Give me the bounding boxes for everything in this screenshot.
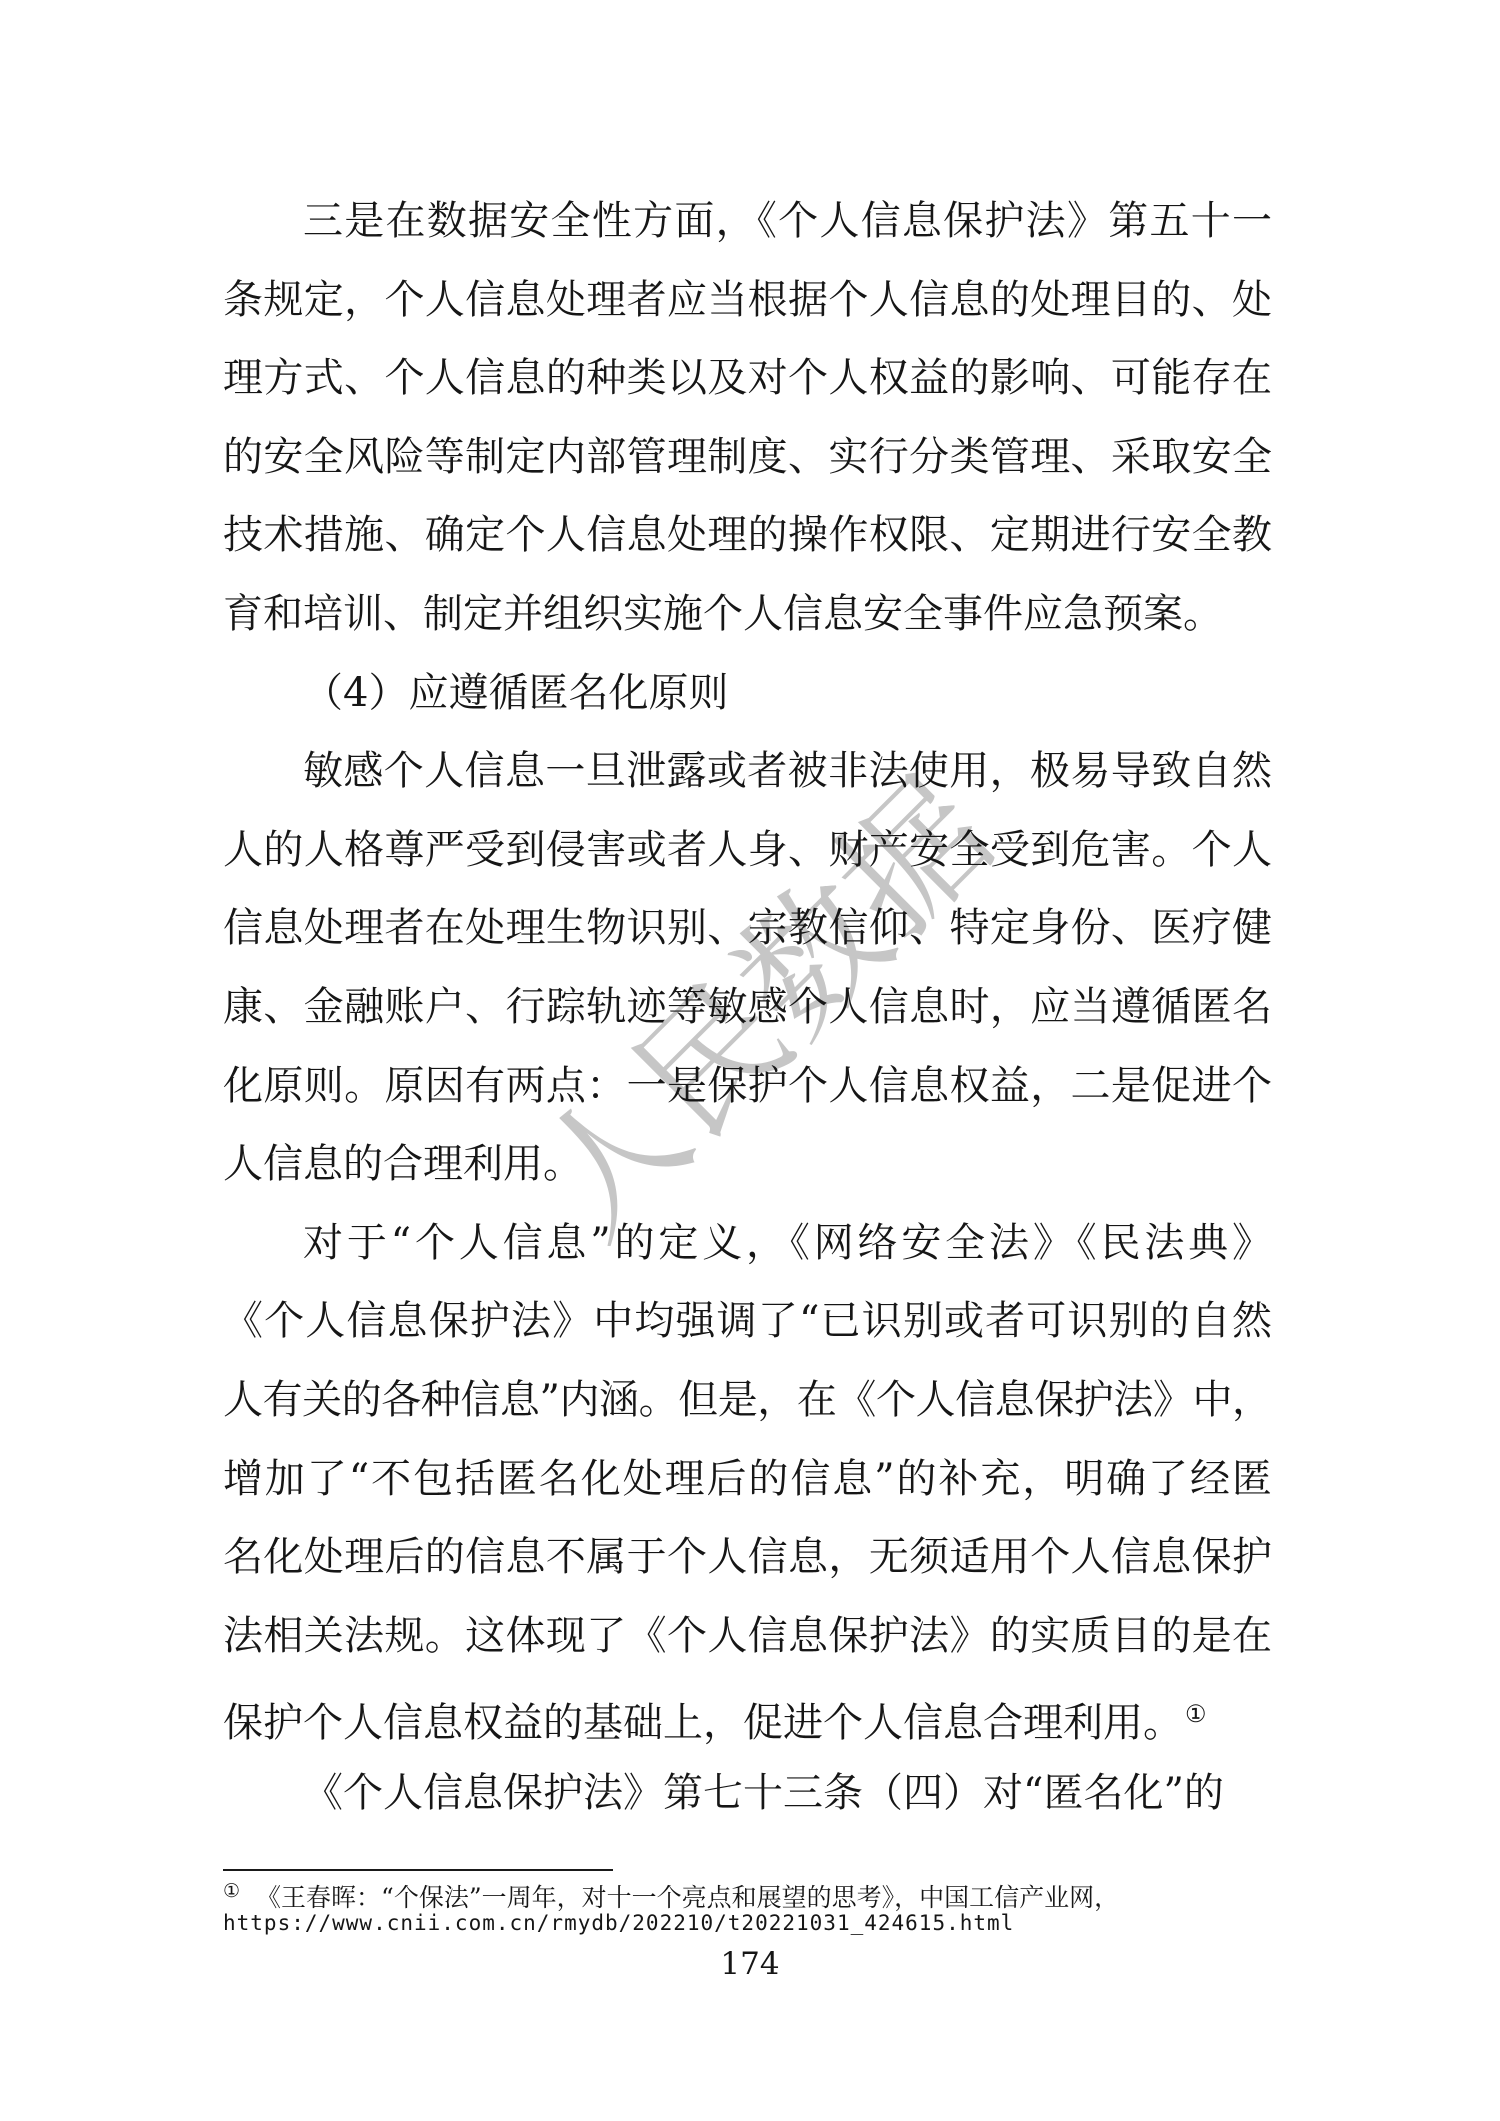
paragraph: 三是在数据安全性方面，《个人信息保护法》第五十一条规定，个人信息处理者应当根据个…	[223, 182, 1272, 654]
body-line: 人的人格尊严受到侵害或者人身、财产安全受到危害。个人	[223, 811, 1272, 890]
body-line: 对于“个人信息”的定义，《网络安全法》《民法典》	[223, 1204, 1272, 1283]
body-text: 三是在数据安全性方面，《个人信息保护法》第五十一条规定，个人信息处理者应当根据个…	[223, 182, 1272, 1832]
body-line: 保护个人信息权益的基础上，促进个人信息合理利用。①	[223, 1675, 1272, 1754]
footnote-divider	[223, 1869, 613, 1871]
body-line: 《个人信息保护法》中均强调了“已识别或者可识别的自然	[223, 1282, 1272, 1361]
body-line: （4）应遵循匿名化原则	[223, 654, 1272, 733]
footnote-marker: ①	[223, 1880, 240, 1902]
body-line: 敏感个人信息一旦泄露或者被非法使用，极易导致自然	[223, 732, 1272, 811]
body-line: 人信息的合理利用。	[223, 1125, 1272, 1204]
body-line: 化原则。原因有两点：一是保护个人信息权益，二是促进个	[223, 1047, 1272, 1126]
footnote-url: https://www.cnii.com.cn/rmydb/202210/t20…	[223, 1908, 1014, 1938]
document-page: 人民数据 三是在数据安全性方面，《个人信息保护法》第五十一条规定，个人信息处理者…	[0, 0, 1500, 2121]
body-line: 人有关的各种信息”内涵。但是，在《个人信息保护法》中，	[223, 1361, 1272, 1440]
body-line: 技术措施、确定个人信息处理的操作权限、定期进行安全教	[223, 496, 1272, 575]
paragraph: （4）应遵循匿名化原则	[223, 654, 1272, 733]
body-line: 《个人信息保护法》第七十三条（四）对“匿名化”的	[223, 1754, 1272, 1833]
body-line: 法相关法规。这体现了《个人信息保护法》的实质目的是在	[223, 1597, 1272, 1676]
paragraph: 《个人信息保护法》第七十三条（四）对“匿名化”的	[223, 1754, 1272, 1833]
paragraph: 对于“个人信息”的定义，《网络安全法》《民法典》《个人信息保护法》中均强调了“已…	[223, 1204, 1272, 1754]
paragraph: 敏感个人信息一旦泄露或者被非法使用，极易导致自然人的人格尊严受到侵害或者人身、财…	[223, 732, 1272, 1204]
body-line: 信息处理者在处理生物识别、宗教信仰、特定身份、医疗健	[223, 889, 1272, 968]
body-line: 名化处理后的信息不属于个人信息，无须适用个人信息保护	[223, 1518, 1272, 1597]
body-line: 理方式、个人信息的种类以及对个人权益的影响、可能存在	[223, 339, 1272, 418]
body-line: 条规定，个人信息处理者应当根据个人信息的处理目的、处	[223, 261, 1272, 340]
body-line: 育和培训、制定并组织实施个人信息安全事件应急预案。	[223, 575, 1272, 654]
body-line: 的安全风险等制定内部管理制度、实行分类管理、采取安全	[223, 418, 1272, 497]
body-line: 康、金融账户、行踪轨迹等敏感个人信息时，应当遵循匿名	[223, 968, 1272, 1047]
superscript-footnote-ref: ①	[1185, 1700, 1207, 1728]
page-number: 174	[0, 1946, 1500, 1982]
body-line: 三是在数据安全性方面，《个人信息保护法》第五十一	[223, 182, 1272, 261]
body-line: 增加了“不包括匿名化处理后的信息”的补充，明确了经匿	[223, 1440, 1272, 1519]
